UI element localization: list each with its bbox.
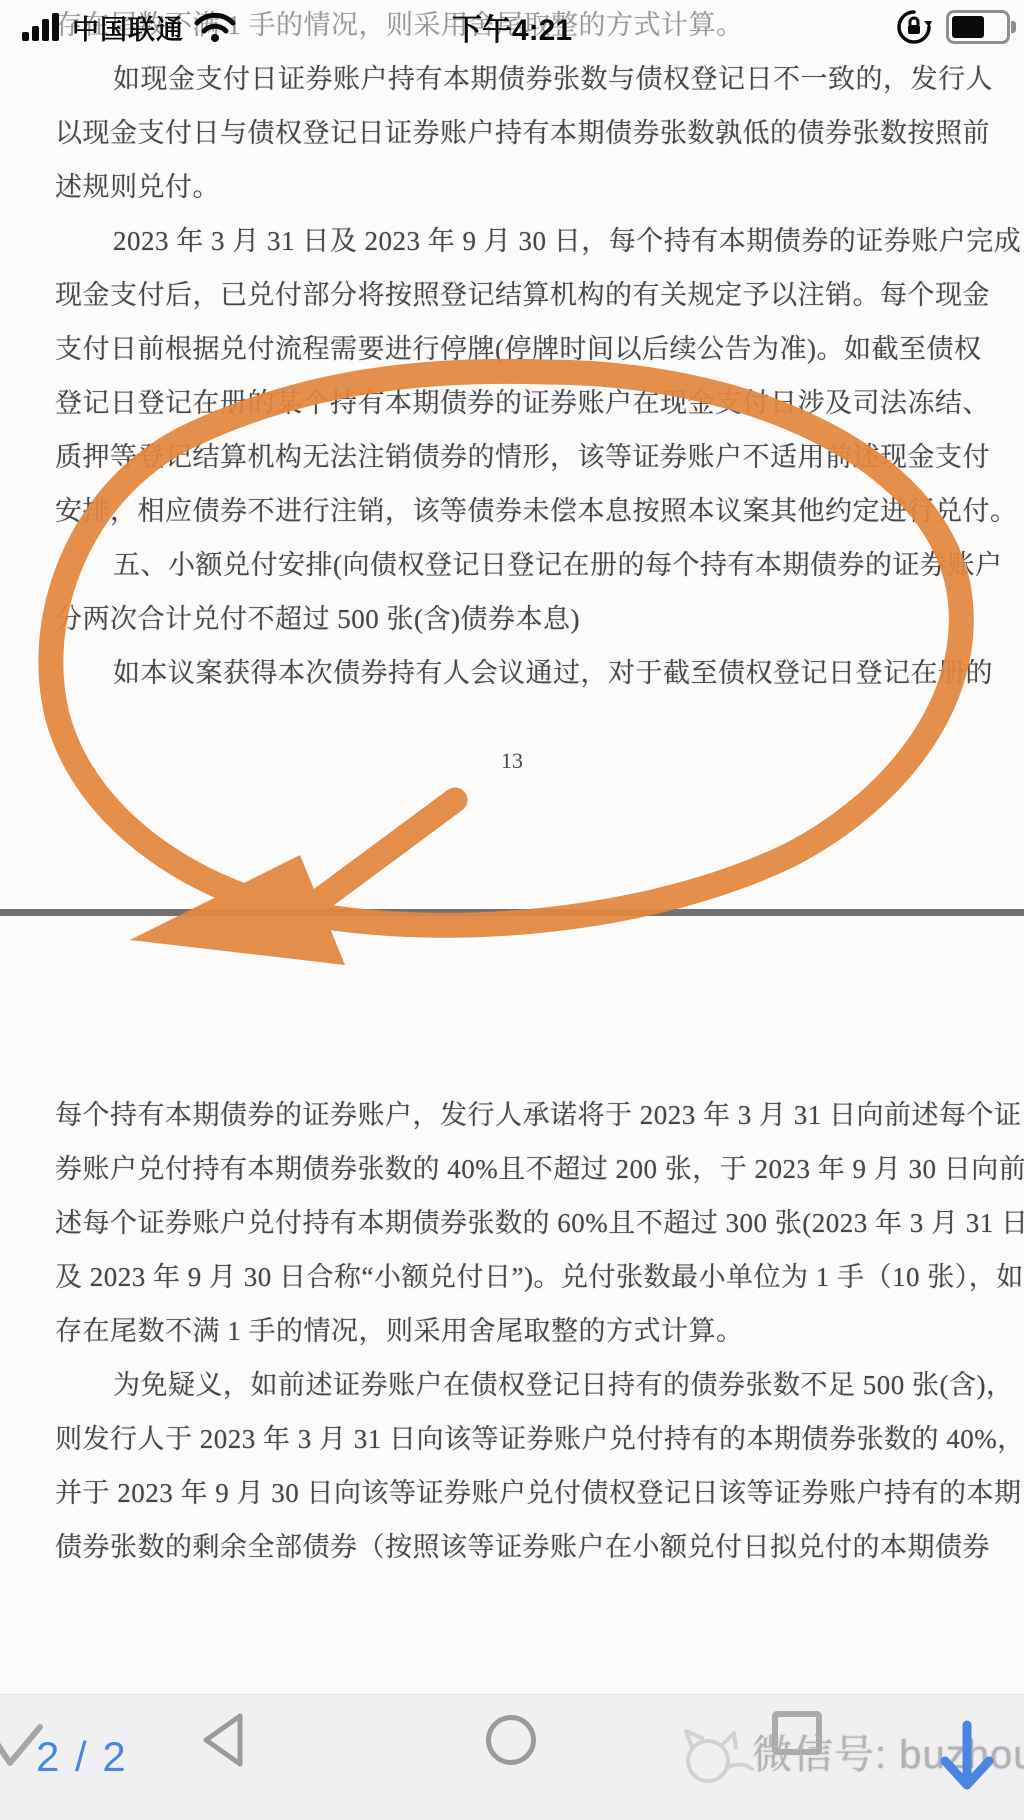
page-number: 13: [0, 748, 1024, 774]
cat-doodle-icon: [678, 1723, 754, 1785]
rotation-lock-icon: [896, 9, 932, 45]
doc-text-line: 存在尾数不满 1 手的情况，则采用舍尾取整的方式计算。: [55, 1304, 1005, 1358]
doc-text-line: 质押等登记结算机构无法注销债券的情形，该等证券账户不适用前述现金支付: [55, 430, 1005, 484]
battery-icon: [946, 10, 1010, 44]
doc-text-line: 如本议案获得本次债券持有人会议通过，对于截至债权登记日登记在册的: [55, 646, 1005, 700]
doc-text-line: 如现金支付日证券账户持有本期债券张数与债权登记日不一致的，发行人: [55, 52, 1005, 106]
doc-text-line: 每个持有本期债券的证券账户，发行人承诺将于 2023 年 3 月 31 日向前述…: [55, 1088, 1005, 1142]
home-button[interactable]: [486, 1715, 536, 1765]
page-break-line: [0, 909, 1024, 916]
doc-text-line: 并于 2023 年 9 月 30 日向该等证券账户兑付债权登记日该等证券账户持有…: [55, 1466, 1005, 1520]
doc-text-line: 分两次合计兑付不超过 500 张(含)债券本息): [55, 592, 1005, 646]
doc-text-line: 2023 年 3 月 31 日及 2023 年 9 月 30 日，每个持有本期债…: [55, 214, 1005, 268]
doc-text-line: 券账户兑付持有本期债券张数的 40%且不超过 200 张，于 2023 年 9 …: [55, 1142, 1005, 1196]
doc-text-line: 登记日登记在册的某个持有本期债券的证券账户在现金支付日涉及司法冻结、: [55, 376, 1005, 430]
doc-text-line: 述规则兑付。: [55, 160, 1005, 214]
doc-text-line: 债券张数的剩余全部债券（按照该等证券账户在小额兑付日拟兑付的本期债券: [55, 1520, 1005, 1574]
clock: 下午4:21: [0, 0, 1024, 54]
doc-text-line: 支付日前根据兑付流程需要进行停牌(停牌时间以后续公告为准)。如截至债权: [55, 322, 1005, 376]
doc-text-line: 现金支付后，已兑付部分将按照登记结算机构的有关规定予以注销。每个现金: [55, 268, 1005, 322]
doc-text-line: 及 2023 年 9 月 30 日合称“小额兑付日”)。兑付张数最小单位为 1 …: [55, 1250, 1005, 1304]
annotation-arrow-shaft: [320, 800, 455, 900]
screen: 中国联通 下午4:21 存在尾数不满 1 手的情况，则采用舍尾取整的方式计算。: [0, 0, 1024, 1820]
page-indicator: 2 / 2: [36, 1733, 128, 1781]
doc-text-line: 以现金支付日与债权登记日证券账户持有本期债券张数孰低的债券张数按照前: [55, 106, 1005, 160]
back-button[interactable]: [198, 1711, 254, 1769]
doc-text-line: 为免疑义，如前述证券账户在债权登记日持有的债券张数不足 500 张(含)，: [55, 1358, 1005, 1412]
document-page-2: 每个持有本期债券的证券账户，发行人承诺将于 2023 年 3 月 31 日向前述…: [55, 1088, 1005, 1574]
doc-text-line: 安排，相应债券不进行注销，该等债券未偿本息按照本议案其他约定进行兑付。: [55, 484, 1005, 538]
doc-text-line: 则发行人于 2023 年 3 月 31 日向该等证券账户兑付持有的本期债券张数的…: [55, 1412, 1005, 1466]
document-page-1: 存在尾数不满 1 手的情况，则采用舍尾取整的方式计算。 如现金支付日证券账户持有…: [55, 0, 1005, 700]
navigation-bar: 2 / 2 微信号: buzhoush: [0, 1694, 1024, 1820]
doc-text-line: 述每个证券账户兑付持有本期债券张数的 60%且不超过 300 张(2023 年 …: [55, 1196, 1005, 1250]
status-bar: 中国联通 下午4:21: [0, 0, 1024, 54]
doc-text-line: 五、小额兑付安排(向债权登记日登记在册的每个持有本期债券的证券账户: [55, 538, 1005, 592]
down-arrow-button[interactable]: [938, 1719, 996, 1795]
